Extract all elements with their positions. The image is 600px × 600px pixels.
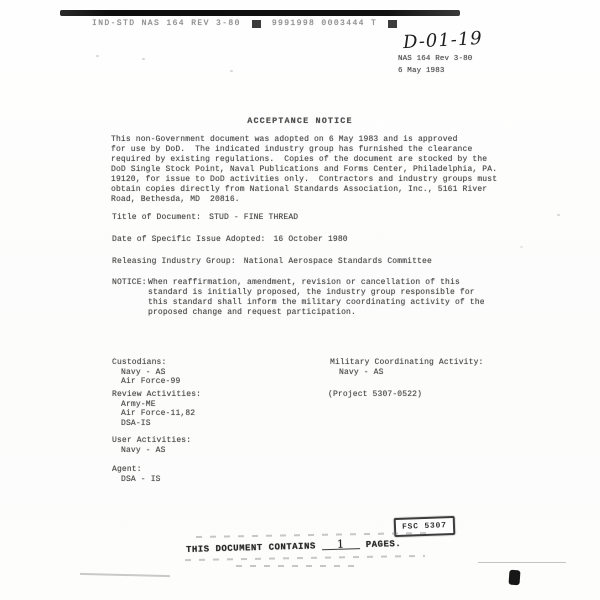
group-heading: Review Activities: xyxy=(112,390,201,400)
handwritten-page-count: 1 xyxy=(322,539,360,550)
scan-speck xyxy=(520,246,523,248)
detail-label: Title of Document: xyxy=(112,213,201,222)
detail-value: 16 October 1980 xyxy=(273,235,347,244)
detail-label: Date of Specific Issue Adopted: xyxy=(112,235,265,244)
handwritten-annotation: D-01-19 xyxy=(403,28,484,53)
page-count-prefix: THIS DOCUMENT CONTAINS xyxy=(186,541,316,555)
scan-line-artifact xyxy=(478,562,566,563)
scan-speck xyxy=(557,214,560,216)
review-activity-item: Army-ME xyxy=(121,400,201,410)
change-notice-body: When reaffirmation, amendment, revision … xyxy=(148,278,485,318)
scan-header-line: IND-STD NAS 164 REV 3-80 9991998 0003444… xyxy=(92,19,397,28)
scan-smear xyxy=(185,555,425,561)
scan-speck xyxy=(96,55,99,57)
scan-top-bar xyxy=(60,10,460,16)
user-activity-item: Navy - AS xyxy=(121,446,191,456)
scan-speck xyxy=(142,58,145,60)
agent-item: DSA - IS xyxy=(121,475,161,485)
document-date: 6 May 1983 xyxy=(398,67,445,75)
group-heading: Custodians: xyxy=(112,358,180,368)
black-square-marker-icon xyxy=(388,20,397,28)
review-activities-group: Review Activities: Army-ME Air Force-11,… xyxy=(112,390,201,428)
scan-header-code: 9991998 0003444 T xyxy=(272,19,377,28)
scan-speck xyxy=(230,70,233,72)
detail-value: STUD - FINE THREAD xyxy=(209,213,298,222)
scan-line-artifact xyxy=(80,573,170,577)
detail-row-releasing-group: Releasing Industry Group:National Aerosp… xyxy=(112,257,432,266)
document-reference: NAS 164 Rev 3-80 xyxy=(398,55,472,63)
page-count-suffix: PAGES. xyxy=(366,539,402,550)
custodians-group: Custodians: Navy - AS Air Force-99 xyxy=(112,358,180,387)
change-notice-label: NOTICE: xyxy=(112,278,147,287)
scan-ink-blob xyxy=(508,570,520,586)
military-coordinating-activity-group: Military Coordinating Activity: Navy - A… xyxy=(330,358,483,377)
detail-value: National Aerospace Standards Committee xyxy=(244,257,432,266)
detail-row-title-of-document: Title of Document:STUD - FINE THREAD xyxy=(112,213,298,222)
acceptance-body-paragraph: This non-Government document was adopted… xyxy=(111,135,497,205)
scan-smear xyxy=(236,565,356,567)
coordinating-activity-item: Navy - AS xyxy=(339,368,483,378)
page-count-stamp: THIS DOCUMENT CONTAINS1PAGES. xyxy=(186,538,401,555)
custodian-item: Air Force-99 xyxy=(121,377,180,387)
scanned-document-page: IND-STD NAS 164 REV 3-80 9991998 0003444… xyxy=(0,0,600,600)
scan-header-standard-id: IND-STD NAS 164 REV 3-80 xyxy=(92,19,241,28)
agent-group: Agent: DSA - IS xyxy=(112,465,161,484)
project-number-text: (Project 5307-0522) xyxy=(328,390,422,400)
black-square-marker-icon xyxy=(252,20,261,28)
group-heading: Agent: xyxy=(112,465,161,475)
group-heading: Military Coordinating Activity: xyxy=(330,358,483,368)
group-heading: User Activities: xyxy=(112,436,191,446)
review-activity-item: DSA-IS xyxy=(121,419,201,429)
page-title: ACCEPTANCE NOTICE xyxy=(150,116,450,126)
custodian-item: Navy - AS xyxy=(121,368,180,378)
project-number: (Project 5307-0522) xyxy=(328,390,422,400)
scan-smear xyxy=(196,532,426,538)
review-activity-item: Air Force-11,82 xyxy=(121,409,201,419)
detail-row-date-adopted: Date of Specific Issue Adopted:16 Octobe… xyxy=(112,235,348,244)
detail-label: Releasing Industry Group: xyxy=(112,257,236,266)
user-activities-group: User Activities: Navy - AS xyxy=(112,436,191,455)
